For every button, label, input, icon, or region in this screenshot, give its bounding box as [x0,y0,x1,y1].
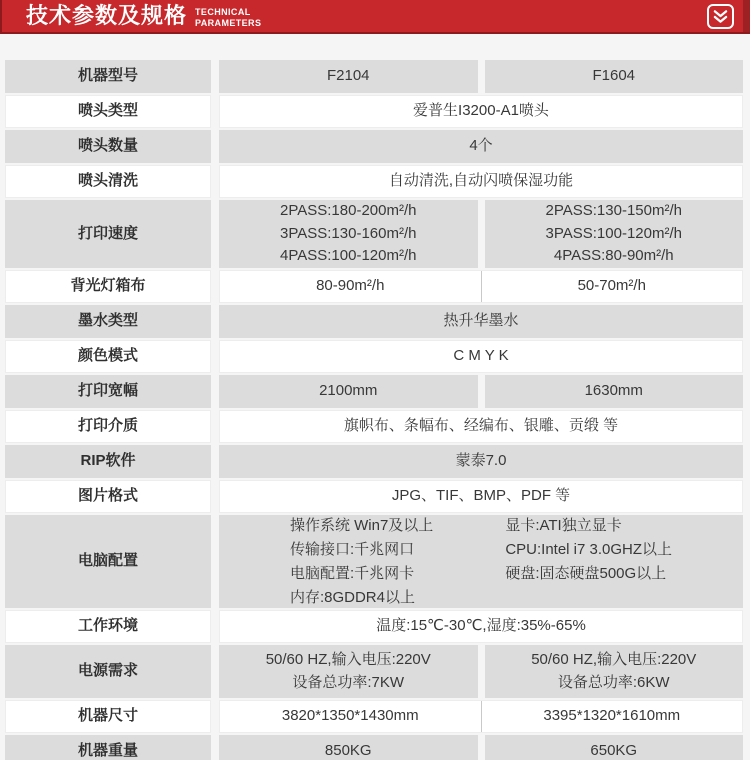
table-row: 喷头类型 爱普生I3200-A1喷头 [5,95,743,128]
value-cell-right: 50-70m²/h [481,271,743,302]
row-label: 背光灯箱布 [5,270,211,303]
row-label: 机器尺寸 [5,700,211,733]
row-label: 喷头数量 [5,130,211,163]
table-row: 颜色模式 C M Y K [5,340,743,373]
value-cell: 4个 [219,130,743,163]
value-cell-left: 2PASS:180-200m²/h 3PASS:130-160m²/h 4PAS… [219,200,478,268]
value-cell: C M Y K [219,340,743,373]
row-label: 电脑配置 [5,515,211,608]
table-row: RIP软件 蒙泰7.0 [5,445,743,478]
value-cell-left: F2104 [219,60,478,93]
row-label: 机器重量 [5,735,211,760]
row-label: 墨水类型 [5,305,211,338]
value-cell: JPG、TIF、BMP、PDF 等 [219,480,743,513]
row-label: 打印介质 [5,410,211,443]
table-row: 工作环境 温度:15℃-30℃,湿度:35%-65% [5,610,743,643]
value-cell-right: F1604 [485,60,744,93]
table-row: 机器尺寸 3820*1350*1430mm 3395*1320*1610mm [5,700,743,733]
value-cell: 爱普生I3200-A1喷头 [219,95,743,128]
row-label: 机器型号 [5,60,211,93]
value-cell: 操作系统 Win7及以上 传输接口:千兆网口 电脑配置:千兆网卡 内存:8GDD… [219,515,743,608]
row-label: RIP软件 [5,445,211,478]
value-cell: 温度:15℃-30℃,湿度:35%-65% [219,610,743,643]
value-cell-left: 80-90m²/h [220,271,481,302]
value-cell: 自动清洗,自动闪喷保湿功能 [219,165,743,198]
value-cell-left: 2100mm [219,375,478,408]
value-cell-left: 50/60 HZ,输入电压:220V 设备总功率:7KW [219,645,478,698]
value-cell-right: 50/60 HZ,输入电压:220V 设备总功率:6KW [485,645,744,698]
table-row: 打印介质 旗帜布、条幅布、经编布、银雕、贡缎 等 [5,410,743,443]
row-label: 打印宽幅 [5,375,211,408]
table-row: 电脑配置 操作系统 Win7及以上 传输接口:千兆网口 电脑配置:千兆网卡 内存… [5,515,743,608]
row-label: 喷头清洗 [5,165,211,198]
section-subtitle-line2: PARAMETERS [195,18,261,28]
section-subtitle: TECHNICAL PARAMETERS [195,7,261,29]
table-row: 机器重量 850KG 650KG [5,735,743,760]
computer-config-block-left: 操作系统 Win7及以上 传输接口:千兆网口 电脑配置:千兆网卡 内存:8GDD… [290,514,433,610]
section-title: 技术参数及规格 [26,5,187,27]
computer-config-block-right: 显卡:ATI独立显卡 CPU:Intel i7 3.0GHZ以上 硬盘:固态硬盘… [505,514,672,586]
table-row: 打印宽幅 2100mm 1630mm [5,375,743,408]
table-row: 背光灯箱布 80-90m²/h 50-70m²/h [5,270,743,303]
value-cell-left: 3820*1350*1430mm [220,701,481,732]
row-label: 颜色模式 [5,340,211,373]
row-label: 电源需求 [5,645,211,698]
row-label: 图片格式 [5,480,211,513]
collapse-chevron-button[interactable] [707,4,734,29]
value-cell: 旗帜布、条幅布、经编布、银雕、贡缎 等 [219,410,743,443]
row-label: 喷头类型 [5,95,211,128]
table-row: 打印速度 2PASS:180-200m²/h 3PASS:130-160m²/h… [5,200,743,268]
value-cell-left: 850KG [219,735,478,760]
spec-table: 机器型号 F2104 F1604 喷头类型 爱普生I3200-A1喷头 喷头数量… [5,60,743,760]
table-row: 墨水类型 热升华墨水 [5,305,743,338]
value-cell-right: 1630mm [485,375,744,408]
table-row: 图片格式 JPG、TIF、BMP、PDF 等 [5,480,743,513]
value-cell-right: 2PASS:130-150m²/h 3PASS:100-120m²/h 4PAS… [485,200,744,268]
value-cell-right: 3395*1320*1610mm [481,701,743,732]
row-label: 打印速度 [5,200,211,268]
row-label: 工作环境 [5,610,211,643]
double-chevron-down-icon [713,9,728,24]
value-cell-right: 650KG [485,735,744,760]
table-row: 电源需求 50/60 HZ,输入电压:220V 设备总功率:7KW 50/60 … [5,645,743,698]
section-header-banner: 技术参数及规格 TECHNICAL PARAMETERS [0,0,750,34]
section-subtitle-line1: TECHNICAL [195,7,251,17]
value-cell: 热升华墨水 [219,305,743,338]
table-row: 喷头清洗 自动清洗,自动闪喷保湿功能 [5,165,743,198]
value-cell: 蒙泰7.0 [219,445,743,478]
table-row: 机器型号 F2104 F1604 [5,60,743,93]
table-row: 喷头数量 4个 [5,130,743,163]
